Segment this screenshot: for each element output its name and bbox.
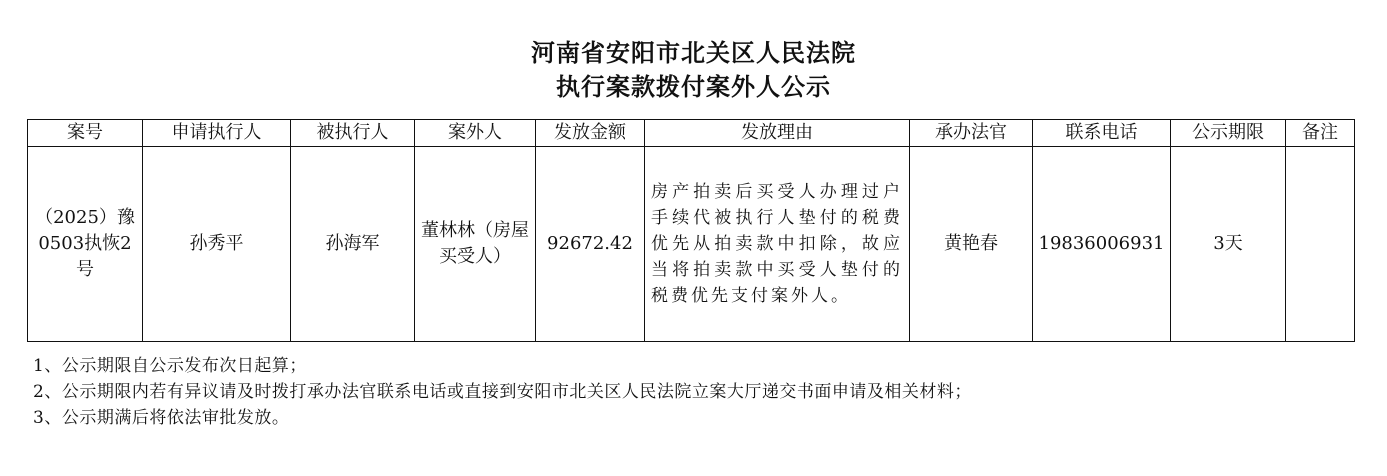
header-case-no: 案号	[28, 120, 143, 147]
header-judge: 承办法官	[910, 120, 1033, 147]
header-phone: 联系电话	[1033, 120, 1171, 147]
note-item: 3、公示期满后将依法审批发放。	[33, 405, 972, 431]
cell-phone: 19836006931	[1033, 147, 1171, 342]
cell-respondent: 孙海军	[291, 147, 415, 342]
cell-remark	[1286, 147, 1355, 342]
header-remark: 备注	[1286, 120, 1355, 147]
header-outsider: 案外人	[415, 120, 536, 147]
cell-case-no: （2025）豫0503执恢2号	[28, 147, 143, 342]
court-name-title: 河南省安阳市北关区人民法院	[0, 33, 1387, 68]
table-row: （2025）豫0503执恢2号 孙秀平 孙海军 董林林（房屋买受人） 92672…	[28, 147, 1355, 342]
header-period: 公示期限	[1171, 120, 1286, 147]
cell-period: 3天	[1171, 147, 1286, 342]
notice-title: 执行案款拨付案外人公示	[0, 67, 1387, 102]
cell-amount: 92672.42	[536, 147, 645, 342]
note-item: 1、公示期限自公示发布次日起算；	[33, 353, 972, 379]
header-respondent: 被执行人	[291, 120, 415, 147]
note-item: 2、公示期限内若有异议请及时拨打承办法官联系电话或直接到安阳市北关区人民法院立案…	[33, 379, 972, 405]
header-reason: 发放理由	[645, 120, 910, 147]
cell-outsider: 董林林（房屋买受人）	[415, 147, 536, 342]
header-amount: 发放金额	[536, 120, 645, 147]
cell-judge: 黄艳春	[910, 147, 1033, 342]
header-applicant: 申请执行人	[143, 120, 291, 147]
notes-section: 1、公示期限自公示发布次日起算； 2、公示期限内若有异议请及时拨打承办法官联系电…	[33, 353, 972, 431]
cell-applicant: 孙秀平	[143, 147, 291, 342]
table-header-row: 案号 申请执行人 被执行人 案外人 发放金额 发放理由 承办法官 联系电话 公示…	[28, 120, 1355, 147]
cell-reason: 房产拍卖后买受人办理过户手续代被执行人垫付的税费优先从拍卖款中扣除，故应当将拍卖…	[645, 147, 910, 342]
disbursement-table: 案号 申请执行人 被执行人 案外人 发放金额 发放理由 承办法官 联系电话 公示…	[27, 119, 1355, 342]
